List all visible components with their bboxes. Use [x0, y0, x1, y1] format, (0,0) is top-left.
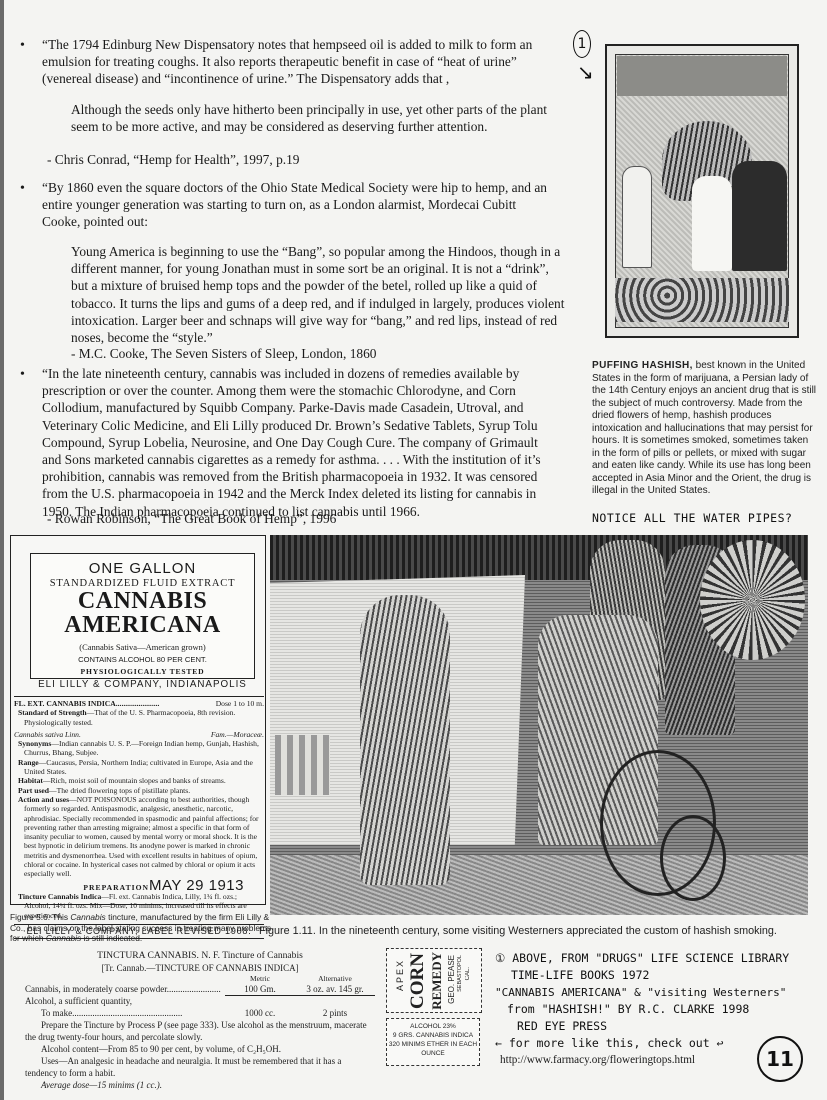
bullet-2-citation: - M.C. Cooke, The Seven Sisters of Sleep…: [71, 345, 376, 362]
label-one-gallon: ONE GALLON: [31, 560, 254, 577]
miniature-figures-right: [732, 161, 787, 271]
label-heading: FL. EXT. CANNABIS INDICA................…: [14, 699, 159, 708]
caption-body: best known in the United States in the f…: [592, 360, 816, 496]
column-metric: Metric: [225, 974, 295, 983]
bullet-icon: •: [20, 38, 25, 54]
bullet-3-citation: - Rowan Robinson, “The Great Book of Hem…: [47, 510, 336, 527]
hashish-smoking-engraving: [270, 535, 808, 915]
puffing-hashish-caption: PUFFING HASHISH, best known in the Unite…: [592, 360, 817, 498]
miniature-ground: [615, 278, 789, 322]
tinctura-cannabis-formula: TINCTURA CANNABIS. N. F. Tincture of Can…: [25, 950, 375, 1091]
label-cannabis: CANNABIS: [31, 589, 254, 613]
bullet-icon: •: [20, 367, 25, 383]
bullet-1-citation: - Chris Conrad, “Hemp for Health”, 1997,…: [47, 151, 300, 168]
apex-corn-remedy-stamp: APEX CORN REMEDY GEO. PEASE SEBASTOPOL C…: [386, 948, 482, 1013]
bullet-1-quote: Although the seeds only have hitherto be…: [71, 101, 561, 135]
marker-1-circle: 1: [573, 30, 591, 58]
figure-5-6-caption: Figure 5.6. This Cannabis tincture, manu…: [10, 912, 272, 944]
stamp-remedy: REMEDY: [429, 952, 445, 1010]
label-tested: PHYSIOLOGICALLY TESTED: [31, 667, 254, 676]
persian-miniature-image: [605, 44, 799, 338]
stamp-line: 320 MINIMS ETHER IN EACH: [387, 1040, 479, 1049]
label-species-name: Cannabis sativa Linn.: [14, 730, 81, 739]
synonyms-label: Synonyms: [18, 739, 51, 748]
bullet-1-intro: “The 1794 Edinburg New Dispensatory note…: [42, 36, 552, 88]
label-details: FL. EXT. CANNABIS INDICA................…: [14, 696, 264, 939]
source-note: ① ABOVE, FROM "DRUGS" LIFE SCIENCE LIBRA…: [495, 950, 805, 1035]
divider: [14, 696, 264, 697]
formula-row: Alcohol, a sufficient quantity,: [25, 995, 375, 1007]
strength-label: Standard of Strength: [18, 708, 87, 717]
label-species: (Cannabis Sativa—American grown): [31, 642, 254, 652]
page-number: 11: [757, 1036, 803, 1082]
engraving-hookah-base: [660, 815, 726, 901]
tinctura-dose: Average dose—15 minims (1 cc.).: [25, 1079, 375, 1091]
range-label: Range: [18, 758, 39, 767]
part-used-label: Part used: [18, 786, 49, 795]
miniature-figure-center: [692, 176, 732, 271]
bullet-icon: •: [20, 181, 25, 197]
bullet-3-intro: “In the late nineteenth century, cannabi…: [42, 365, 557, 520]
figure-1-11-caption: Figure 1.11. In the nineteenth century, …: [259, 925, 777, 938]
page-scan-edge: [0, 0, 4, 1100]
stamp-line: ALCOHOL 23%: [387, 1022, 479, 1031]
engraving-bowing-figure: [360, 595, 450, 885]
water-pipes-note: NOTICE ALL THE WATER PIPES?: [592, 511, 792, 525]
cannabis-americana-label: ONE GALLON STANDARDIZED FLUID EXTRACT CA…: [30, 553, 255, 679]
tincture-label: Tincture Cannabis Indica: [18, 892, 101, 901]
stamp-corn: CORN: [407, 953, 429, 1009]
label-alcohol: CONTAINS ALCOHOL 80 PER CENT.: [31, 655, 254, 664]
farmacy-url-link[interactable]: http://www.farmacy.org/floweringtops.htm…: [500, 1054, 695, 1066]
label-family: Fam.—Moraceæ.: [211, 730, 264, 739]
engraving-building: [275, 735, 330, 795]
more-like-this-note: ← for more like this, check out ↩: [495, 1036, 723, 1050]
stamp-maker: GEO. PEASE: [447, 955, 456, 1004]
tinctura-uses: Uses—An analgesic in headache and neural…: [25, 1055, 375, 1079]
label-americana: AMERICANA: [31, 613, 254, 637]
arrow-down-icon: ↘: [577, 60, 594, 85]
synonyms-text: —Indian cannabis U. S. P.—Foreign Indian…: [24, 739, 259, 757]
bullet-2-intro: “By 1860 even the square doctors of the …: [42, 179, 552, 231]
tinctura-title: TINCTURA CANNABIS. N. F. Tincture of Can…: [25, 950, 375, 962]
tinctura-subtitle: [Tr. Cannab.—TINCTURE OF CANNABIS INDICA…: [25, 962, 375, 974]
column-alternative: Alternative: [295, 974, 375, 983]
caption-title: PUFFING HASHISH,: [592, 360, 693, 371]
tinctura-preparation: Prepare the Tincture by Process P (see p…: [25, 1019, 375, 1043]
miniature-figure-left: [622, 166, 652, 268]
range-text: —Caucasus, Persia, Northern India; culti…: [24, 758, 253, 776]
habitat-text: —Rich, moist soil of mountain slopes and…: [43, 776, 226, 785]
habitat-label: Habitat: [18, 776, 43, 785]
stamp-city: SEBASTOPOL: [457, 955, 463, 992]
preparation-label: PREPARATION: [83, 883, 149, 892]
note-line: "CANNABIS AMERICANA" & "visiting Western…: [495, 984, 805, 1001]
action-text: —NOT POISONOUS according to best authori…: [24, 795, 259, 878]
apex-ingredients-stamp: ALCOHOL 23% 9 GRS. CANNABIS INDICA 320 M…: [386, 1018, 480, 1066]
engraving-floor: [270, 855, 808, 915]
formula-row: To make.................................…: [25, 1007, 375, 1019]
label-dose: Dose 1 to 10 m.: [216, 699, 264, 708]
stamp-apex: APEX: [395, 959, 405, 991]
engraving-fan: [700, 540, 805, 660]
stamp-line: OUNCE: [387, 1049, 479, 1058]
note-line: from "HASHISH!" BY R.C. CLARKE 1998: [495, 1001, 805, 1018]
label-company: ELI LILLY & COMPANY, INDIANAPOLIS: [31, 679, 254, 690]
miniature-architecture: [617, 56, 787, 96]
bullet-2-quote: Young America is beginning to use the “B…: [71, 243, 566, 346]
note-line: TIME-LIFE BOOKS 1972: [495, 967, 805, 984]
stamp-line: 9 GRS. CANNABIS INDICA: [387, 1031, 479, 1040]
formula-row: Cannabis, in moderately coarse powder...…: [25, 983, 375, 995]
action-label: Action and uses: [18, 795, 69, 804]
part-used-text: —The dried flowering tops of pistillate …: [49, 786, 190, 795]
note-line: ① ABOVE, FROM "DRUGS" LIFE SCIENCE LIBRA…: [495, 950, 805, 967]
note-line: RED EYE PRESS: [495, 1018, 805, 1035]
tinctura-alcohol-content: Alcohol content—From 85 to 90 per cent, …: [25, 1043, 375, 1055]
stamp-state: CAL.: [465, 967, 471, 980]
